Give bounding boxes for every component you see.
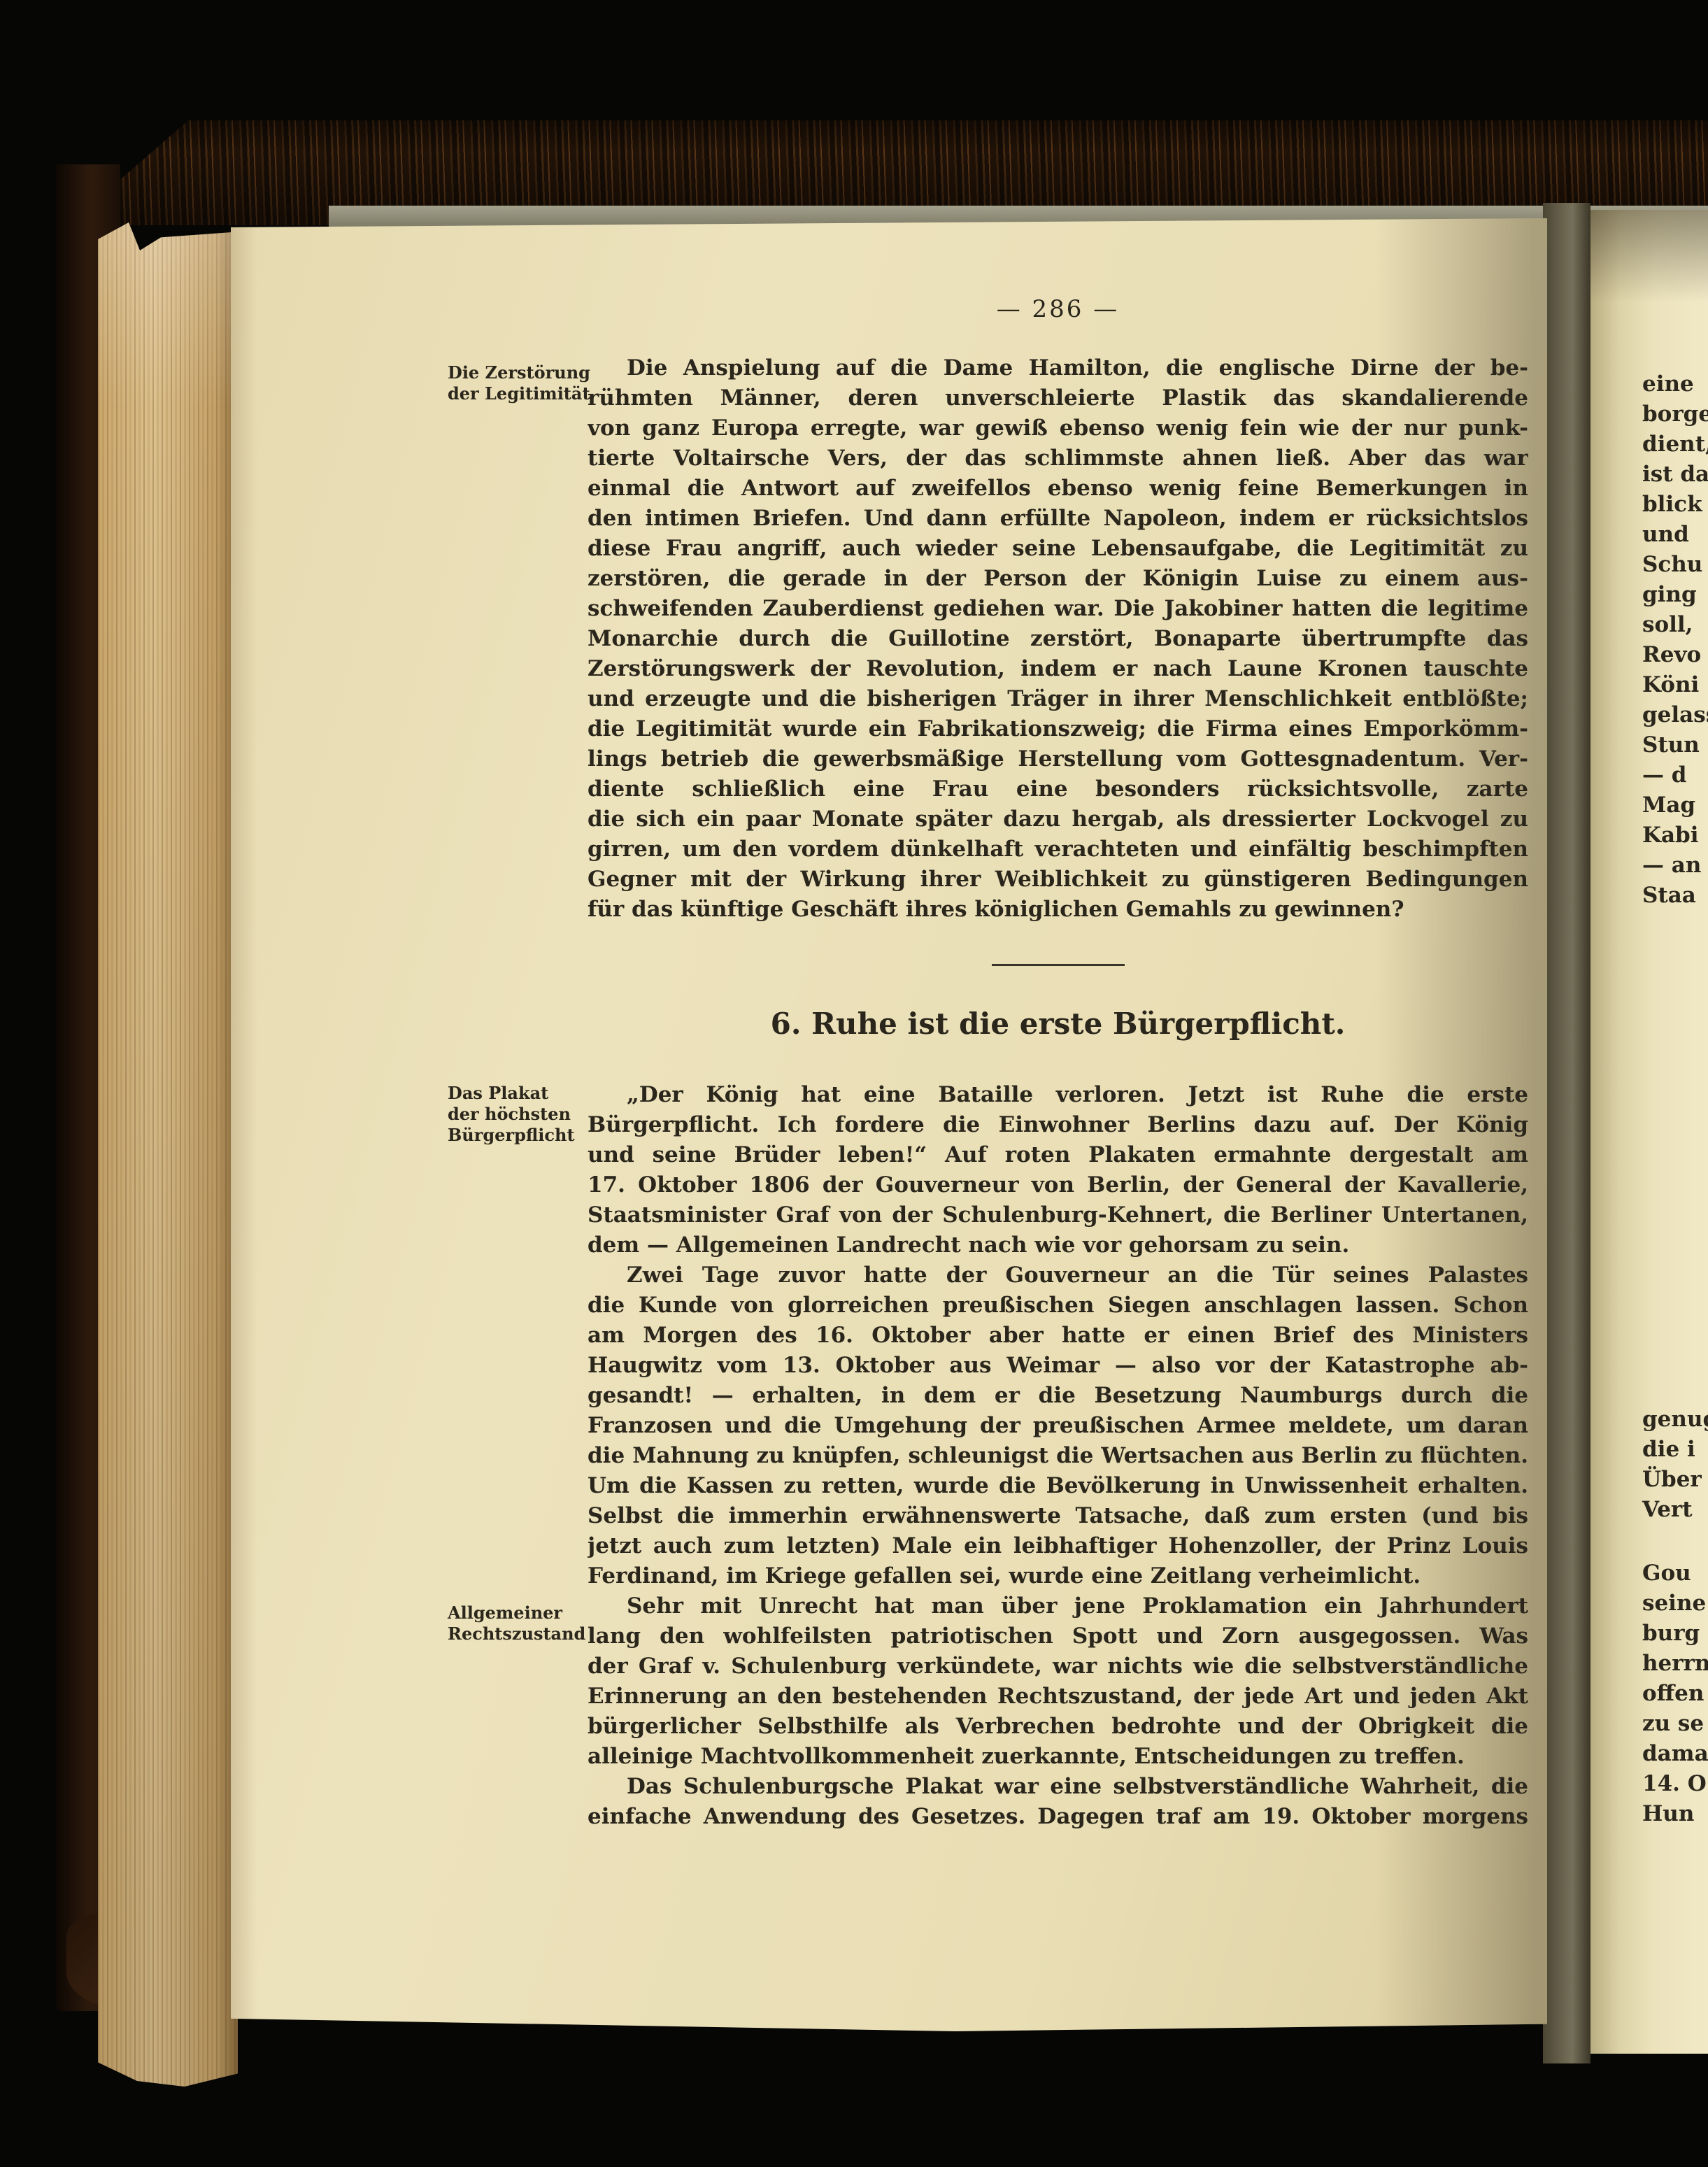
body-line: Zwei Tage zuvor hatte der Gouverneur an … bbox=[588, 1260, 1528, 1291]
body-line: bürgerlicher Selbsthilfe als Verbrechen … bbox=[588, 1712, 1528, 1742]
margin-note-allgemeiner-rechtszustand: Allgemeiner Rechtszustand bbox=[448, 1603, 598, 1644]
right-page-text-fragment: gelass bbox=[1590, 700, 1708, 730]
body-line: jetzt auch zum letzten) Male ein leibhaf… bbox=[588, 1531, 1528, 1561]
body-line: am Morgen des 16. Oktober aber hatte er … bbox=[588, 1321, 1528, 1351]
body-line: Bürgerpflicht. Ich fordere die Einwohner… bbox=[588, 1110, 1528, 1140]
body-line: Franzosen und die Umgehung der preußisch… bbox=[588, 1411, 1528, 1441]
right-page-text-fragment: Vert bbox=[1590, 1495, 1708, 1525]
book-gutter-shadow bbox=[1543, 203, 1590, 2063]
right-page-text-fragment: Hun bbox=[1590, 1799, 1708, 1829]
body-line: für das künftige Geschäft ihres königlic… bbox=[588, 895, 1528, 925]
facing-page-text-block-middle: genug die i Über Vert bbox=[1590, 1405, 1708, 1525]
right-page-text-fragment: dama bbox=[1590, 1739, 1708, 1769]
body-line: einfache Anwendung des Gesetzes. Dagegen… bbox=[588, 1802, 1528, 1832]
page-stack-fore-edge bbox=[98, 222, 238, 2087]
body-line: Sehr mit Unrecht hat man über jene Prokl… bbox=[588, 1591, 1528, 1621]
body-line: Monarchie durch die Guillotine zerstört,… bbox=[588, 624, 1528, 654]
body-line: den intimen Briefen. Und dann erfüllte N… bbox=[588, 504, 1528, 534]
body-line: von ganz Europa erregte, war gewiß ebens… bbox=[588, 413, 1528, 443]
body-line: die Legitimität wurde ein Fabrikationszw… bbox=[588, 714, 1528, 744]
body-line: lang den wohlfeilsten patriotischen Spot… bbox=[588, 1621, 1528, 1651]
right-page-text-fragment: dient, bbox=[1590, 429, 1708, 460]
body-line: Zerstörungswerk der Revolution, indem er… bbox=[588, 654, 1528, 684]
facing-page-text-block-bottom: Gou seine burg herrn offen zu se dama 14… bbox=[1590, 1558, 1708, 1829]
body-line: „Der König hat eine Bataille verloren. J… bbox=[588, 1080, 1528, 1110]
body-line: alleinige Machtvollkommenheit zuerkannte… bbox=[588, 1742, 1528, 1772]
right-page-text-fragment: Schu bbox=[1590, 550, 1708, 580]
margin-note-line: Das Plakat bbox=[448, 1083, 598, 1104]
right-page-text-fragment: offen bbox=[1590, 1679, 1708, 1709]
right-page-text-fragment: genug bbox=[1590, 1405, 1708, 1435]
right-page-text-fragment: Über bbox=[1590, 1465, 1708, 1495]
right-page-text-fragment: borge bbox=[1590, 399, 1708, 429]
body-line: und erzeugte und die bisherigen Träger i… bbox=[588, 684, 1528, 714]
right-page-text-fragment: Staa bbox=[1590, 881, 1708, 911]
margin-note-zerstoerung-der-legitimitaet: Die Zerstörung der Legitimität bbox=[448, 362, 598, 404]
body-line: diese Frau angriff, auch wieder seine Le… bbox=[588, 534, 1528, 564]
right-page-text-fragment: Köni bbox=[1590, 670, 1708, 700]
body-line: gesandt! — erhalten, in dem er die Beset… bbox=[588, 1381, 1528, 1411]
right-page-text-fragment: 14. O bbox=[1590, 1769, 1708, 1799]
body-line: schweifenden Zauberdienst gediehen war. … bbox=[588, 594, 1528, 624]
right-page-text-fragment: herrn bbox=[1590, 1649, 1708, 1679]
right-page-text-fragment: Kabi bbox=[1590, 820, 1708, 851]
margin-note-das-plakat: Das Plakat der höchsten Bürgerpflicht bbox=[448, 1083, 598, 1146]
right-page-text-fragment: Stun bbox=[1590, 730, 1708, 760]
right-page-text-fragment: soll, bbox=[1590, 610, 1708, 640]
photograph-black-background: { "book": { "page_number_display": "— 28… bbox=[0, 0, 1708, 2167]
body-line: Gegner mit der Wirkung ihrer Weiblichkei… bbox=[588, 865, 1528, 895]
margin-note-line: Die Zerstörung bbox=[448, 362, 598, 383]
body-text-column: Die Anspielung auf die Dame Hamilton, di… bbox=[588, 353, 1528, 1832]
margin-note-line: der Legitimität bbox=[448, 383, 598, 404]
right-page-text-fragment: Revo bbox=[1590, 640, 1708, 670]
facing-page-sliver: eine borge dient, ist da blick und Schu … bbox=[1590, 210, 1708, 2054]
margin-note-line: Bürgerpflicht bbox=[448, 1125, 598, 1146]
body-line: Ferdinand, im Kriege gefallen sei, wurde… bbox=[588, 1561, 1528, 1591]
body-line: Selbst die immerhin erwähnenswerte Tatsa… bbox=[588, 1501, 1528, 1531]
body-line: Das Schulenburgsche Plakat war eine selb… bbox=[588, 1772, 1528, 1802]
body-line: lings betrieb die gewerbsmäßige Herstell… bbox=[588, 744, 1528, 774]
facing-page-text-block-top: eine borge dient, ist da blick und Schu … bbox=[1590, 369, 1708, 911]
margin-note-line: Allgemeiner bbox=[448, 1603, 598, 1624]
right-page-text-fragment: seine bbox=[1590, 1589, 1708, 1619]
right-page-text-fragment: die i bbox=[1590, 1435, 1708, 1465]
body-line: Die Anspielung auf die Dame Hamilton, di… bbox=[588, 353, 1528, 383]
body-line: zerstören, die gerade in der Person der … bbox=[588, 564, 1528, 594]
right-page-text-fragment: eine bbox=[1590, 369, 1708, 399]
body-line: Erinnerung an den bestehenden Rechtszust… bbox=[588, 1682, 1528, 1712]
book-page: — 286 — Die Zerstörung der Legitimität D… bbox=[231, 218, 1547, 2031]
margin-note-line: Rechtszustand bbox=[448, 1624, 598, 1644]
section-divider-rule bbox=[992, 964, 1125, 966]
body-line: Um die Kassen zu retten, wurde die Bevöl… bbox=[588, 1471, 1528, 1501]
right-page-text-fragment: Mag bbox=[1590, 790, 1708, 820]
body-line: einmal die Antwort auf zweifellos ebenso… bbox=[588, 474, 1528, 504]
page-number: — 286 — bbox=[588, 295, 1528, 330]
body-line: tierte Voltairsche Vers, der das schlimm… bbox=[588, 443, 1528, 474]
right-page-text-fragment: burg bbox=[1590, 1619, 1708, 1649]
right-page-text-fragment: — an bbox=[1590, 851, 1708, 881]
body-line: rühmten Männer, deren unverschleierte Pl… bbox=[588, 383, 1528, 413]
right-page-text-fragment: zu se bbox=[1590, 1709, 1708, 1739]
section-heading: 6. Ruhe ist die erste Bürgerpflicht. bbox=[588, 1002, 1528, 1046]
body-line: 17. Oktober 1806 der Gouverneur von Berl… bbox=[588, 1170, 1528, 1200]
body-line: die Kunde von glorreichen preußischen Si… bbox=[588, 1291, 1528, 1321]
body-line: dem — Allgemeinen Landrecht nach wie vor… bbox=[588, 1230, 1528, 1260]
body-line: die sich ein paar Monate später dazu her… bbox=[588, 804, 1528, 834]
body-line: Staatsminister Graf von der Schulenburg-… bbox=[588, 1200, 1528, 1230]
right-page-text-fragment: Gou bbox=[1590, 1558, 1708, 1589]
body-line: der Graf v. Schulenburg verkündete, war … bbox=[588, 1651, 1528, 1682]
right-page-text-fragment: ist da bbox=[1590, 460, 1708, 490]
right-page-text-fragment: und bbox=[1590, 520, 1708, 550]
body-line: diente schließlich eine Frau eine besond… bbox=[588, 774, 1528, 804]
right-page-text-fragment: blick bbox=[1590, 490, 1708, 520]
right-page-text-fragment: ging bbox=[1590, 580, 1708, 610]
right-page-text-fragment: — d bbox=[1590, 760, 1708, 790]
body-line: girren, um den vordem dünkelhaft veracht… bbox=[588, 834, 1528, 865]
body-line: die Mahnung zu knüpfen, schleunigst die … bbox=[588, 1441, 1528, 1471]
body-line: Haugwitz vom 13. Oktober aus Weimar — al… bbox=[588, 1351, 1528, 1381]
margin-note-line: der höchsten bbox=[448, 1104, 598, 1125]
body-line: und seine Brüder leben!“ Auf roten Plaka… bbox=[588, 1140, 1528, 1170]
